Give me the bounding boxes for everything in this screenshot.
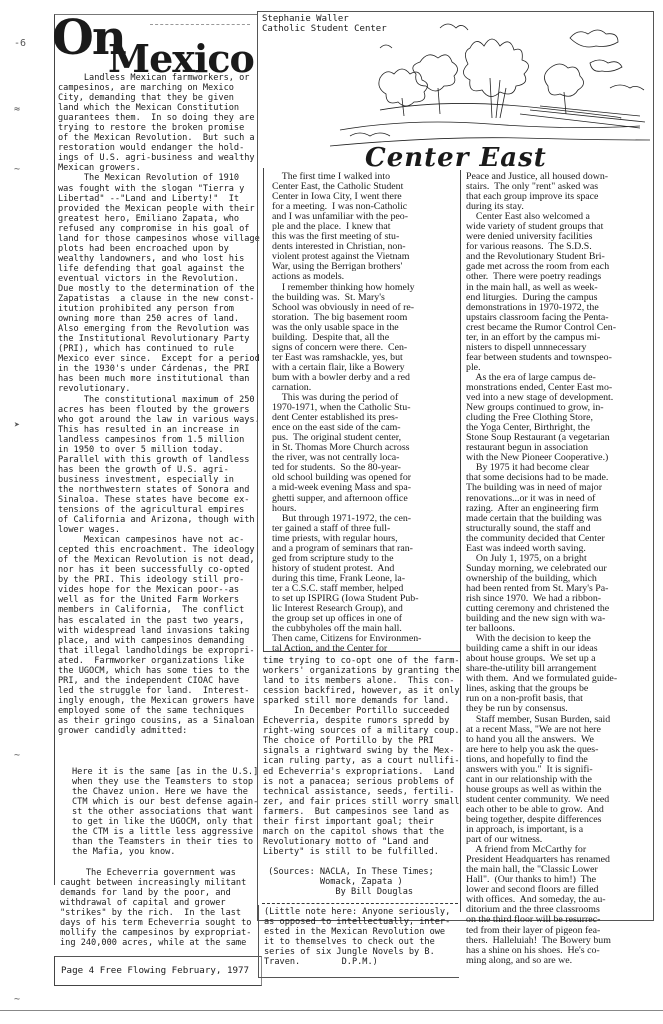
text-line: their first important goal; their xyxy=(263,817,460,827)
text-line: st the other associations that want xyxy=(72,807,258,817)
text-line: vides hope for the Mexican poor--as xyxy=(58,585,258,595)
margin-mark: ➤ xyxy=(14,420,20,431)
text-line: ings of U.S. agri-business and wealthy xyxy=(58,153,258,163)
text-line: land for those campesinos whose village xyxy=(58,234,258,244)
text-line: Echeverria, despite rumors spredd by xyxy=(263,716,460,726)
text-line: is not a panacea; serious problems of xyxy=(263,777,460,787)
text-line: "strikes" by the rich. In the last xyxy=(60,908,251,918)
text-line: cepted this encroachment. The ideology xyxy=(58,545,258,555)
text-line: ated. Farmworker organizations like xyxy=(58,656,258,666)
text-line: led the struggle for land. Interest- xyxy=(58,686,258,696)
text-line: trying to restore the broken promise xyxy=(58,123,258,133)
text-line: The Mexican Revolution of 1910 xyxy=(58,173,258,183)
text-line: was fought with the slogan "Tierra y xyxy=(58,184,258,194)
text-line: of California and Arizona, though with xyxy=(58,515,258,525)
text-line: has been the growth of U.S. agri- xyxy=(58,465,258,475)
text-line: CTM which is our best defense again- xyxy=(72,797,258,807)
text-line: sparked still more demands for land. xyxy=(263,696,460,706)
text-line: in the 1930's under Cárdenas, the PRI xyxy=(58,364,258,374)
text-line: ing 240,000 acres, while at the same xyxy=(60,938,251,948)
text-line: in 1950 to over 5 million today. xyxy=(58,445,258,455)
text-line: has escalated in the past two years, xyxy=(58,616,258,626)
text-line: greatest hero, Emiliano Zapata, who xyxy=(58,214,258,224)
text-line: The building was in need of major xyxy=(466,483,617,493)
text-line: who got around the law in various ways. xyxy=(58,415,258,425)
text-line: life defending that goal against the xyxy=(58,264,258,274)
text-line: members in California, The conflict xyxy=(58,605,258,615)
text-line: The choice of Portillo by the PRI xyxy=(263,736,460,746)
center-east-column-1: The first time I walked intoCenter East,… xyxy=(272,172,421,654)
text-line: refused any compromise in his goal of xyxy=(58,224,258,234)
text-line: the Chavez union. Here we have the xyxy=(72,787,258,797)
on-mexico-quote: Here it is the same [as in the U.S.]when… xyxy=(72,767,258,857)
text-line: cession backfired, however, as it only xyxy=(263,686,460,696)
text-line: as their gringo cousins, as a Sinaloan xyxy=(58,716,258,726)
text-line: of the Mexican Revolution is not dead, xyxy=(58,555,258,565)
text-line: PRI, and the independent CIOAC have xyxy=(58,676,258,686)
text-line: actions as models. xyxy=(272,272,421,282)
text-line: a mid-week evening Mass and spa- xyxy=(272,483,421,493)
text-line: By Bill Douglas xyxy=(263,887,460,897)
text-line: mollify the campesinos by expropriat- xyxy=(60,928,251,938)
text-line: technical assistance, seeds, fertili- xyxy=(263,787,460,797)
text-line: ingly enough, the Mexican growers have xyxy=(58,696,258,706)
text-line: fear between students and townspeo- xyxy=(466,353,617,363)
text-line: the Institutional Revolutionary Party xyxy=(58,334,258,344)
text-line: landless campesinos from 1.5 million xyxy=(58,435,258,445)
margin-mark: ~ xyxy=(14,994,20,1005)
text-line: Due mostly to the determination of the xyxy=(58,284,258,294)
text-line: (PRI), which has continued to rule xyxy=(58,344,258,354)
text-line: of the Mexican Revolution. But such a xyxy=(58,133,258,143)
on-mexico-continued: time trying to co-opt one of the farm-wo… xyxy=(263,656,460,897)
page-footer: Page 4 Free Flowing February, 1977 xyxy=(54,956,262,986)
margin-mark: ~ xyxy=(14,750,20,761)
text-line: march on the capitol shows that the xyxy=(263,827,460,837)
text-line: the CTM is a little less aggressive xyxy=(72,827,258,837)
text-line: provided the Mexican people with their xyxy=(58,204,258,214)
text-line: Revolutionary motto of "Land and xyxy=(263,837,460,847)
text-line: guarantees them. In so doing they are xyxy=(58,113,258,123)
text-line: Mexican campesinos have not ac- xyxy=(58,535,258,545)
text-line: the northwestern states of Sonora and xyxy=(58,485,258,495)
text-line: Also emerging from the Revolution was xyxy=(58,324,258,334)
text-line: that illegal landholdings be expropri- xyxy=(58,646,258,656)
text-line: when they use the Teamsters to stop xyxy=(72,777,258,787)
column-divider xyxy=(460,170,461,912)
text-line: demands for land by the poor, and xyxy=(60,888,251,898)
text-line: place, and with campesinos demanding xyxy=(58,636,258,646)
text-line: business investment, especially in xyxy=(58,475,258,485)
text-line: right-wing sources of a military coup. xyxy=(263,726,460,736)
landscape-illustration-icon xyxy=(320,18,650,153)
newspaper-page: -6 ≈ ~ ➤ ~ ~ On Mexico Landless Mexican … xyxy=(0,0,663,1024)
text-line: farmers. But campesinos see land as xyxy=(263,807,460,817)
text-line: Sinaloa. These states have become ex- xyxy=(58,495,258,505)
text-line: Liberty" is still to be fulfilled. xyxy=(263,847,460,857)
text-line: land which the Mexican Constitution xyxy=(58,103,258,113)
text-line: acres has been flouted by the growers xyxy=(58,405,258,415)
text-line: Landless Mexican farmworkers, or xyxy=(58,73,258,83)
text-line: Zapatistas a clause in the new const- xyxy=(58,294,258,304)
text-line: In December Portillo succeeded xyxy=(263,706,460,716)
text-line: The constitutional maximum of 250 xyxy=(58,395,258,405)
text-line: tensions of the agricultural empires xyxy=(58,505,258,515)
text-line: well as for the United Farm Workers xyxy=(58,595,258,605)
text-line: by the PRI. This ideology still pro- xyxy=(58,575,258,585)
text-line: revolutionary. xyxy=(58,384,258,394)
text-line: Here it is the same [as in the U.S.] xyxy=(72,767,258,777)
text-line: campesinos, are marching on Mexico xyxy=(58,83,258,93)
text-line: employed some of the same techniques xyxy=(58,706,258,716)
text-line: owning more than 250 acres of land. xyxy=(58,314,258,324)
text-line: ming along, and so are we. xyxy=(466,956,617,966)
text-line: lower wages. xyxy=(58,525,258,535)
margin-mark: -6 xyxy=(14,38,26,49)
on-mexico-body-continued: The Echeverria government wascaught betw… xyxy=(60,868,251,948)
decorative-dotted-rule xyxy=(150,24,250,25)
text-line: land to its members alone. This con- xyxy=(263,676,460,686)
text-line: (Sources: NACLA, In These Times; xyxy=(263,867,460,877)
editor-note-frame xyxy=(258,905,459,978)
text-line: City, demanding that they be given xyxy=(58,93,258,103)
text-line: on the third floor will be resurrec- xyxy=(466,915,617,925)
text-line: Libertad" --"Land and Liberty!" It xyxy=(58,194,258,204)
text-line: than the Teamsters in their ties to xyxy=(72,837,258,847)
text-line: ed Echeverria's expropriations. Land xyxy=(263,767,460,777)
text-line: other. There were poetry readings xyxy=(466,272,617,282)
text-line: to get in like the UGOCM, only that xyxy=(72,817,258,827)
text-line: Mexico ever since. Except for a period xyxy=(58,354,258,364)
margin-mark: ~ xyxy=(14,164,20,175)
page-footer-text: Page 4 Free Flowing February, 1977 xyxy=(61,965,249,976)
on-mexico-body: Landless Mexican farmworkers, orcampesin… xyxy=(58,73,258,736)
text-line: plots had been encroached upon by xyxy=(58,244,258,254)
text-line: Mexican growers. xyxy=(58,163,258,173)
text-line: has been much more institutional than xyxy=(58,374,258,384)
text-line: days of his term Echeverria sought to xyxy=(60,918,251,928)
center-east-column-2: Peace and Justice, all housed down-stair… xyxy=(466,172,617,966)
text-line: restoration would endanger the hold- xyxy=(58,143,258,153)
text-line: The Echeverria government was xyxy=(60,868,251,878)
text-line: ican ruling party, as a court nullifi- xyxy=(263,756,460,766)
text-line: caught between increasingly militant xyxy=(60,878,251,888)
text-line: withdrawal of capital and grower xyxy=(60,898,251,908)
text-line: signals a rightward swing by the Mex- xyxy=(263,746,460,756)
margin-mark: ≈ xyxy=(14,104,20,115)
text-line: tal Action, and the Center for xyxy=(272,644,421,654)
text-line: the Mafia, you know. xyxy=(72,847,258,857)
text-line: with widespread land invasions taking xyxy=(58,626,258,636)
text-line: Parallel with this growth of landless xyxy=(58,455,258,465)
text-line: nor has it been successfully co-opted xyxy=(58,565,258,575)
dashed-separator xyxy=(262,903,458,904)
text-line: wealthy landowners, and who lost his xyxy=(58,254,258,264)
text-line: This has resulted in an increase in xyxy=(58,425,258,435)
text-line xyxy=(263,857,460,867)
page-bottom-rule xyxy=(0,1010,663,1011)
text-line: workers' organizations by granting the xyxy=(263,666,460,676)
text-line: time trying to co-opt one of the farm- xyxy=(263,656,460,666)
text-line: itution prohibited any person from xyxy=(58,304,258,314)
text-line: eventual victors in the Revolution. xyxy=(58,274,258,284)
text-line: zer, and fair prices still worry small xyxy=(263,797,460,807)
text-line: the UGOCM, which has some ties to the xyxy=(58,666,258,676)
text-line: grower candidly admitted: xyxy=(58,726,258,736)
text-line: Womack, Zapata ) xyxy=(263,877,460,887)
